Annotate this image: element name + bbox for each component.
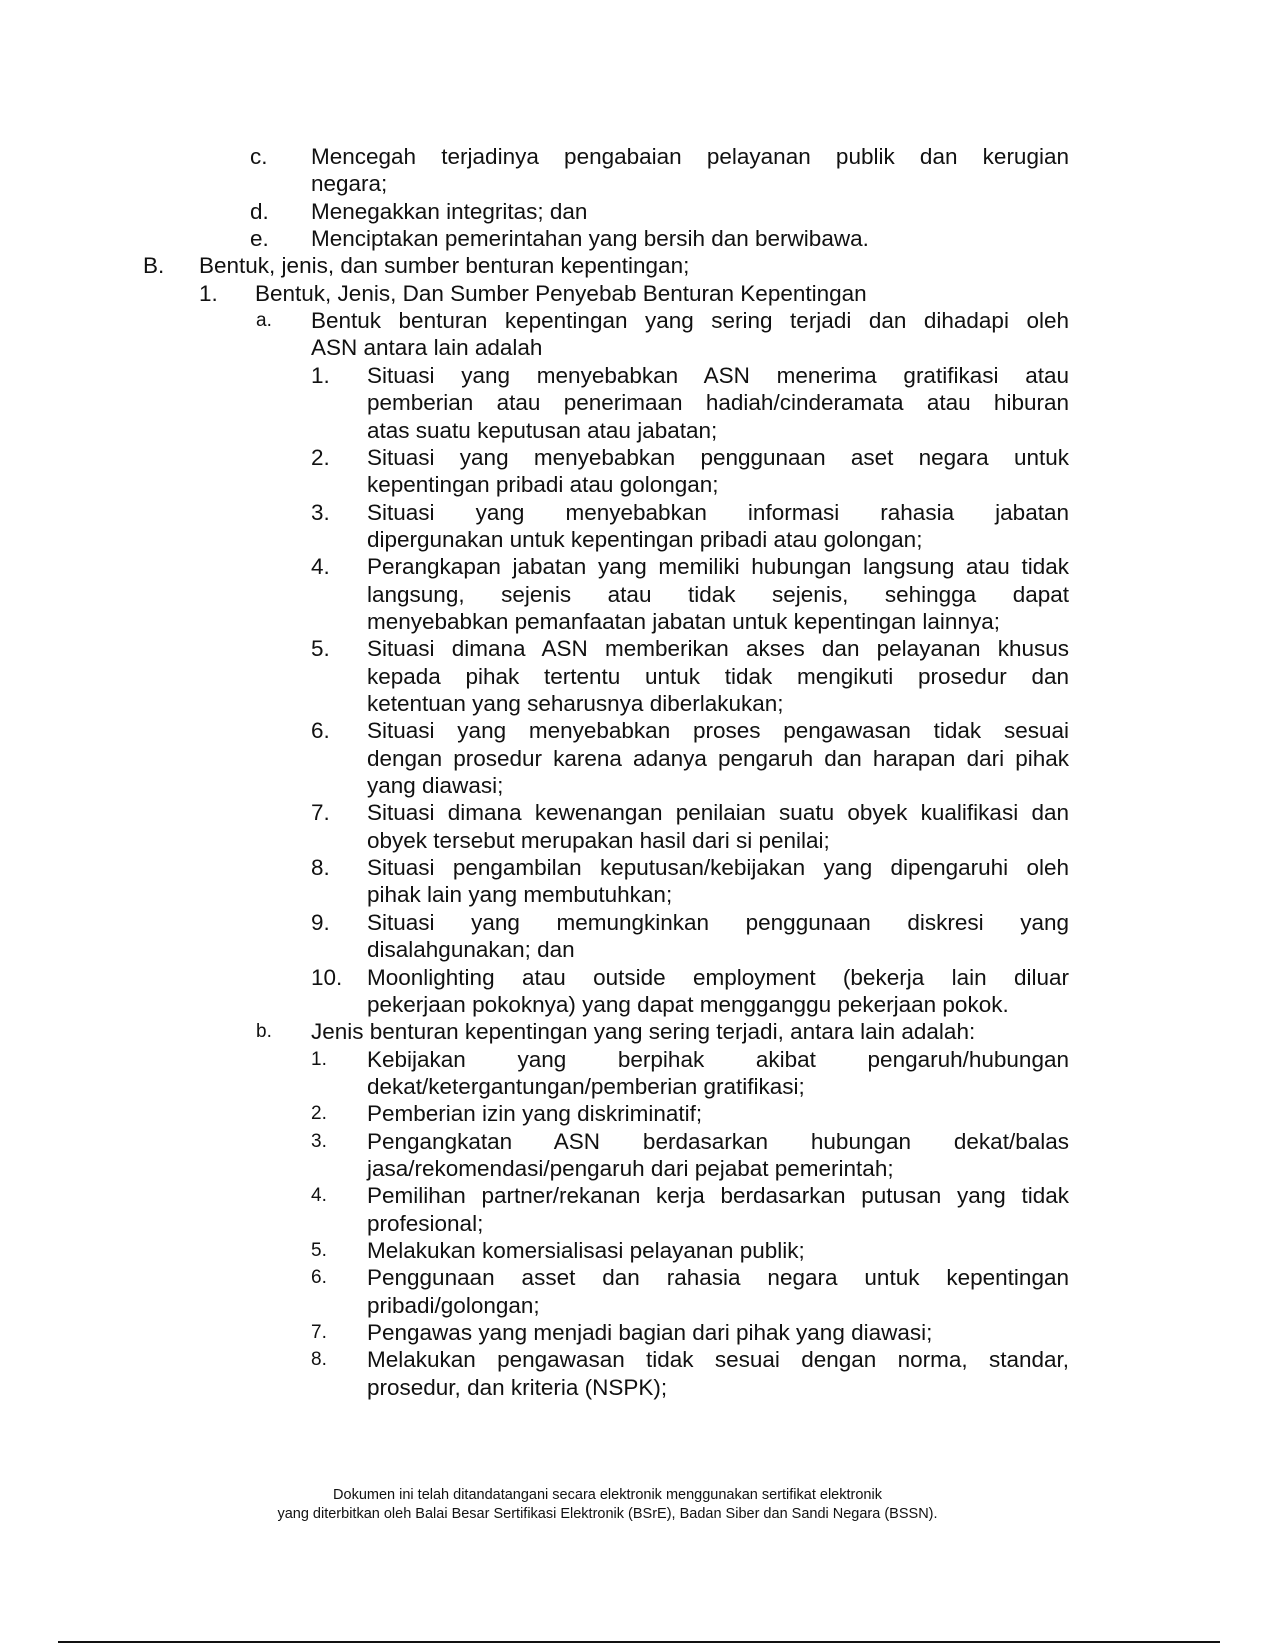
document-line: pribadi/golongan; <box>0 1292 1275 1320</box>
line-text: pihak lain yang membutuhkan; <box>367 881 672 909</box>
list-marker: a. <box>256 307 272 335</box>
line-text: Mencegah terjadinya pengabaian pelayanan… <box>311 143 1069 171</box>
footer-divider <box>58 1641 1220 1643</box>
line-text: Moonlighting atau outside employment (be… <box>367 964 1069 992</box>
list-marker: 7. <box>311 1319 327 1347</box>
line-text: Perangkapan jabatan yang memiliki hubung… <box>367 553 1069 581</box>
document-line: 3.Situasi yang menyebabkan informasi rah… <box>0 499 1275 527</box>
document-line: menyebabkan pemanfaatan jabatan untuk ke… <box>0 608 1275 636</box>
document-line: pekerjaan pokoknya) yang dapat menggangg… <box>0 991 1275 1019</box>
line-text: Menciptakan pemerintahan yang bersih dan… <box>311 225 869 253</box>
document-line: B.Bentuk, jenis, dan sumber benturan kep… <box>0 252 1275 280</box>
line-text: ketentuan yang seharusnya diberlakukan; <box>367 690 784 718</box>
line-text: Situasi yang menyebabkan ASN menerima gr… <box>367 362 1069 390</box>
list-marker: 1. <box>311 362 330 390</box>
line-text: prosedur, dan kriteria (NSPK); <box>367 1374 667 1402</box>
list-marker: B. <box>143 252 164 280</box>
line-text: menyebabkan pemanfaatan jabatan untuk ke… <box>367 608 1000 636</box>
document-line: 4.Perangkapan jabatan yang memiliki hubu… <box>0 553 1275 581</box>
line-text: Bentuk, Jenis, Dan Sumber Penyebab Bentu… <box>255 280 867 308</box>
document-line: 8.Situasi pengambilan keputusan/kebijaka… <box>0 854 1275 882</box>
line-text: Situasi dimana kewenangan penilaian suat… <box>367 799 1069 827</box>
list-marker: 6. <box>311 1264 327 1292</box>
line-text: Situasi yang menyebabkan proses pengawas… <box>367 717 1069 745</box>
document-line: b.Jenis benturan kepentingan yang sering… <box>0 1018 1275 1046</box>
document-line: dengan prosedur karena adanya pengaruh d… <box>0 745 1275 773</box>
list-marker: 1. <box>311 1046 327 1074</box>
document-line: 7.Situasi dimana kewenangan penilaian su… <box>0 799 1275 827</box>
line-text: Menegakkan integritas; dan <box>311 198 587 226</box>
line-text: profesional; <box>367 1210 483 1238</box>
line-text: kepada pihak tertentu untuk tidak mengik… <box>367 663 1069 691</box>
line-text: obyek tersebut merupakan hasil dari si p… <box>367 827 830 855</box>
document-line: 10.Moonlighting atau outside employment … <box>0 964 1275 992</box>
document-line: d.Menegakkan integritas; dan <box>0 198 1275 226</box>
document-line: 1.Kebijakan yang berpihak akibat pengaru… <box>0 1046 1275 1074</box>
line-text: Melakukan komersialisasi pelayanan publi… <box>367 1237 805 1265</box>
list-marker: 7. <box>311 799 330 827</box>
list-marker: 5. <box>311 1237 327 1265</box>
list-marker: 10. <box>311 964 342 992</box>
document-line: 6.Penggunaan asset dan rahasia negara un… <box>0 1264 1275 1292</box>
document-line: 1.Bentuk, Jenis, Dan Sumber Penyebab Ben… <box>0 280 1275 308</box>
document-line: obyek tersebut merupakan hasil dari si p… <box>0 827 1275 855</box>
document-line: kepada pihak tertentu untuk tidak mengik… <box>0 663 1275 691</box>
line-text: Situasi yang memungkinkan penggunaan dis… <box>367 909 1069 937</box>
line-text: atas suatu keputusan atau jabatan; <box>367 417 717 445</box>
document-line: a.Bentuk benturan kepentingan yang serin… <box>0 307 1275 335</box>
line-text: Situasi yang menyebabkan informasi rahas… <box>367 499 1069 527</box>
list-marker: 2. <box>311 444 330 472</box>
document-line: ketentuan yang seharusnya diberlakukan; <box>0 690 1275 718</box>
document-line: jasa/rekomendasi/pengaruh dari pejabat p… <box>0 1155 1275 1183</box>
line-text: Situasi pengambilan keputusan/kebijakan … <box>367 854 1069 882</box>
line-text: yang diawasi; <box>367 772 503 800</box>
list-marker: 2. <box>311 1100 327 1128</box>
document-line: pihak lain yang membutuhkan; <box>0 881 1275 909</box>
document-line: 2.Pemberian izin yang diskriminatif; <box>0 1100 1275 1128</box>
list-marker: 9. <box>311 909 330 937</box>
document-line: ASN antara lain adalah <box>0 334 1275 362</box>
list-marker: 3. <box>311 499 330 527</box>
list-marker: e. <box>250 225 269 253</box>
line-text: ASN antara lain adalah <box>311 334 542 362</box>
line-text: pemberian atau penerimaan hadiah/cindera… <box>367 389 1069 417</box>
list-marker: 4. <box>311 553 330 581</box>
line-text: negara; <box>311 170 387 198</box>
document-line: langsung, sejenis atau tidak sejenis, se… <box>0 581 1275 609</box>
signature-notice-line-2: yang diterbitkan oleh Balai Besar Sertif… <box>0 1505 1215 1523</box>
line-text: Pemilihan partner/rekanan kerja berdasar… <box>367 1182 1069 1210</box>
document-line: 5.Situasi dimana ASN memberikan akses da… <box>0 635 1275 663</box>
line-text: Penggunaan asset dan rahasia negara untu… <box>367 1264 1069 1292</box>
document-line: dekat/ketergantungan/pemberian gratifika… <box>0 1073 1275 1101</box>
line-text: Jenis benturan kepentingan yang sering t… <box>311 1018 975 1046</box>
line-text: Situasi dimana ASN memberikan akses dan … <box>367 635 1069 663</box>
document-line: c.Mencegah terjadinya pengabaian pelayan… <box>0 143 1275 171</box>
line-text: Pengawas yang menjadi bagian dari pihak … <box>367 1319 932 1347</box>
line-text: kepentingan pribadi atau golongan; <box>367 471 719 499</box>
line-text: pribadi/golongan; <box>367 1292 540 1320</box>
signature-notice-line-1: Dokumen ini telah ditandatangani secara … <box>0 1486 1215 1504</box>
document-line: yang diawasi; <box>0 772 1275 800</box>
line-text: jasa/rekomendasi/pengaruh dari pejabat p… <box>367 1155 894 1183</box>
line-text: Kebijakan yang berpihak akibat pengaruh/… <box>367 1046 1069 1074</box>
document-line: 3.Pengangkatan ASN berdasarkan hubungan … <box>0 1128 1275 1156</box>
list-marker: 6. <box>311 717 330 745</box>
line-text: Melakukan pengawasan tidak sesuai dengan… <box>367 1346 1069 1374</box>
line-text: Bentuk, jenis, dan sumber benturan kepen… <box>199 252 689 280</box>
list-marker: 3. <box>311 1128 327 1156</box>
line-text: dipergunakan untuk kepentingan pribadi a… <box>367 526 922 554</box>
line-text: dekat/ketergantungan/pemberian gratifika… <box>367 1073 805 1101</box>
list-marker: 8. <box>311 1346 327 1374</box>
document-page: c.Mencegah terjadinya pengabaian pelayan… <box>0 0 1275 1650</box>
document-line: disalahgunakan; dan <box>0 936 1275 964</box>
line-text: Pemberian izin yang diskriminatif; <box>367 1100 702 1128</box>
line-text: Bentuk benturan kepentingan yang sering … <box>311 307 1069 335</box>
document-line: pemberian atau penerimaan hadiah/cindera… <box>0 389 1275 417</box>
line-text: dengan prosedur karena adanya pengaruh d… <box>367 745 1069 773</box>
document-line: 2.Situasi yang menyebabkan penggunaan as… <box>0 444 1275 472</box>
document-line: negara; <box>0 170 1275 198</box>
document-line: atas suatu keputusan atau jabatan; <box>0 417 1275 445</box>
document-line: 9.Situasi yang memungkinkan penggunaan d… <box>0 909 1275 937</box>
document-line: kepentingan pribadi atau golongan; <box>0 471 1275 499</box>
document-line: dipergunakan untuk kepentingan pribadi a… <box>0 526 1275 554</box>
document-line: 8.Melakukan pengawasan tidak sesuai deng… <box>0 1346 1275 1374</box>
document-line: 6.Situasi yang menyebabkan proses pengaw… <box>0 717 1275 745</box>
list-marker: c. <box>250 143 268 171</box>
line-text: Pengangkatan ASN berdasarkan hubungan de… <box>367 1128 1069 1156</box>
line-text: Situasi yang menyebabkan penggunaan aset… <box>367 444 1069 472</box>
line-text: langsung, sejenis atau tidak sejenis, se… <box>367 581 1069 609</box>
document-line: 7.Pengawas yang menjadi bagian dari piha… <box>0 1319 1275 1347</box>
line-text: disalahgunakan; dan <box>367 936 575 964</box>
list-marker: 8. <box>311 854 330 882</box>
list-marker: 1. <box>199 280 218 308</box>
list-marker: 4. <box>311 1182 327 1210</box>
document-line: 4.Pemilihan partner/rekanan kerja berdas… <box>0 1182 1275 1210</box>
list-marker: 5. <box>311 635 330 663</box>
document-line: profesional; <box>0 1210 1275 1238</box>
list-marker: d. <box>250 198 269 226</box>
list-marker: b. <box>256 1018 272 1046</box>
document-line: e.Menciptakan pemerintahan yang bersih d… <box>0 225 1275 253</box>
line-text: pekerjaan pokoknya) yang dapat menggangg… <box>367 991 1009 1019</box>
document-line: prosedur, dan kriteria (NSPK); <box>0 1374 1275 1402</box>
document-line: 5.Melakukan komersialisasi pelayanan pub… <box>0 1237 1275 1265</box>
document-line: 1.Situasi yang menyebabkan ASN menerima … <box>0 362 1275 390</box>
